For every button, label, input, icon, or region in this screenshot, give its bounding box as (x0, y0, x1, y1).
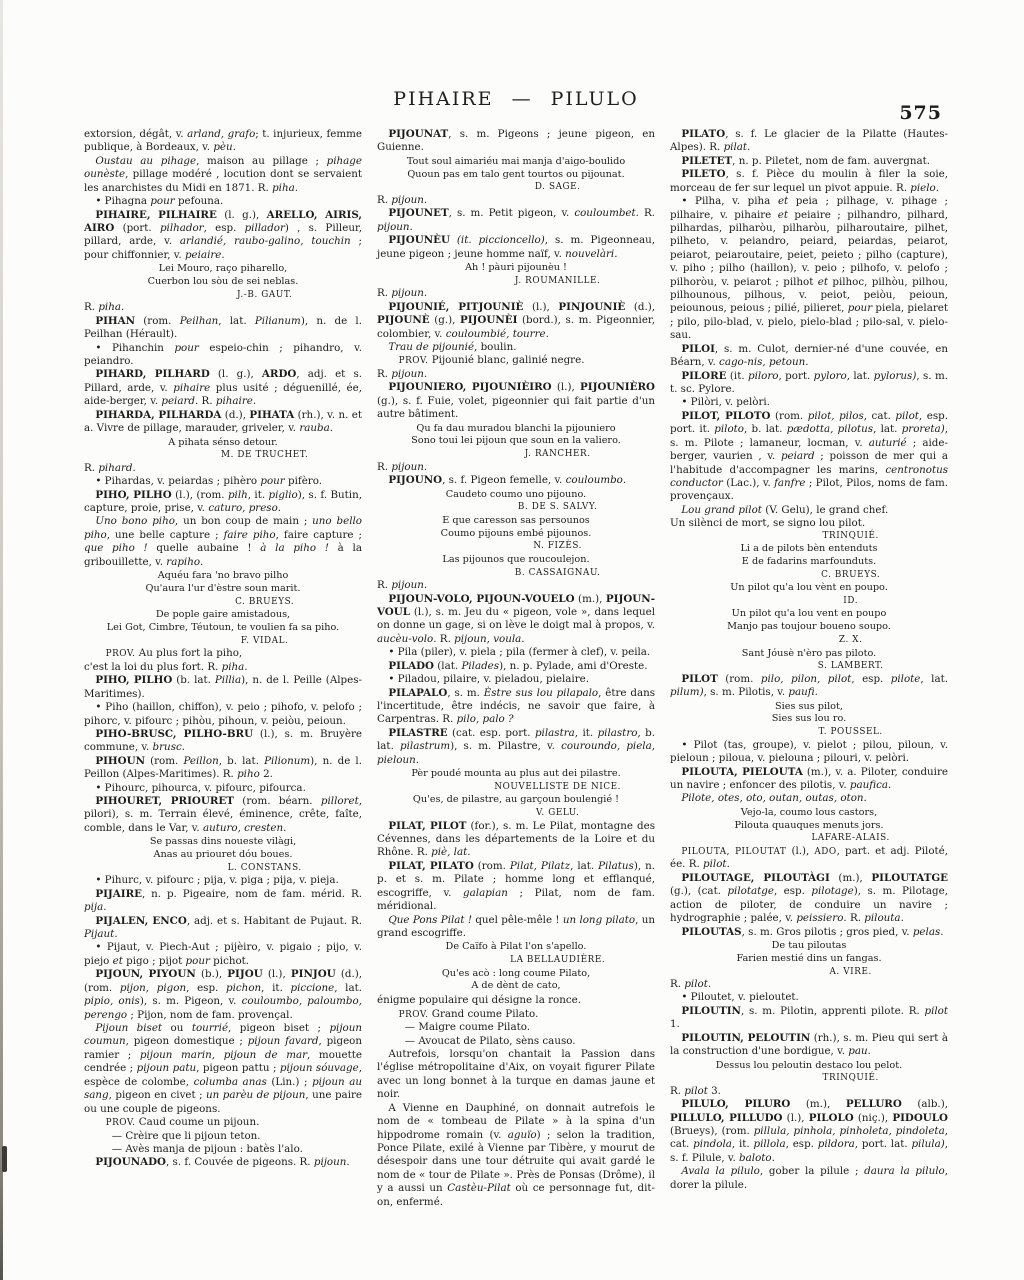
verse-line: Vejo-la, coumo lous castors, (670, 807, 948, 820)
dictionary-entry: PIHOURET, PRIOURET (rom. béarn. pilloret… (84, 795, 362, 835)
continuation-paragraph: R. pilot. (670, 978, 948, 991)
verse-line: Pèr poudé mounta au plus aut dei pilastr… (377, 768, 655, 781)
verse-line: PROV. Pijounié blanc, galinié negre. (377, 354, 655, 368)
citation-author: B. CASSAIGNAU. (377, 568, 655, 579)
continuation-paragraph: énigme populaire qui désigne la ronce. (377, 994, 655, 1007)
cross-reference: • Pihardas, v. peiardas ; pihèro pour pi… (84, 475, 362, 488)
page-header: PIHAIRE — PILULO 575 (84, 88, 948, 128)
citation-author: LA BELLAUDIÈRE. (377, 955, 655, 966)
continuation-paragraph: R. pijoun. (377, 287, 655, 300)
citation-author: V. GELU. (377, 808, 655, 819)
verse-quote: Vejo-la, coumo lous castors,Pilouta quau… (670, 807, 948, 833)
citation-author: S. LAMBERT. (670, 661, 948, 672)
cross-reference: • Piho (haillon, chiffon), v. peio ; pih… (84, 701, 362, 728)
citation-author: LAFARE-ALAIS. (670, 833, 948, 844)
verse-line: Ah ! pàuri pijounèu ! (377, 262, 655, 275)
dictionary-entry: PILASTRE (cat. esp. port. pilastra, it. … (377, 727, 655, 767)
cross-reference: • Pihanchin pour espeio-chin ; pihandro,… (84, 342, 362, 369)
verse-line: E de fadarins marfounduts. (670, 556, 948, 569)
cross-reference: • Pilha, v. piha et peia ; pilhage, v. p… (670, 195, 948, 343)
verse-quote: Un pilot qu'a lou vènt en poupo. (670, 582, 948, 595)
citation-author: J.-B. GAUT. (84, 290, 362, 301)
verse-line: PROV. Grand coume Pilato. (377, 1008, 655, 1022)
dictionary-entry: Avala la pilulo, gober la pilule ; daura… (670, 1165, 948, 1192)
continuation-paragraph: R. pijoun. (377, 368, 655, 381)
dictionary-entry: PIHO, PILHO (l.), (rom. pilh, it. piglio… (84, 489, 362, 516)
dictionary-entry: PIJOUN, PIYOUN (b.), PIJOU (l.), PINJOU … (84, 968, 362, 1022)
verse-line: Se passas dins noueste vilàgi, (84, 836, 362, 849)
dictionary-entry: PILADO (lat. Pilades), n. p. Pylade, ami… (377, 660, 655, 673)
verse-line: Qu'aura l'ur d'èstre soun marit. (84, 583, 362, 596)
cross-reference: • Pihagna pour pefouna. (84, 195, 362, 208)
verse-line: Lei Mouro, raço piharello, (84, 263, 362, 276)
dictionary-entry: PIJOUNIERO, PIJOUNIÈIRO (l.), PIJOUNIÈRO… (377, 381, 655, 421)
continuation-paragraph: R. pijoun. (377, 579, 655, 592)
verse-line: PROV. Au plus fort la piho, (84, 647, 362, 661)
citation-author: B. DE S. SALVY. (377, 502, 655, 513)
cross-reference: • Pihurc, v. pifourc ; pija, v. piga ; p… (84, 874, 362, 887)
citation-author: L. CONSTANS. (84, 863, 362, 874)
verse-line: Farien mestié dins un fangas. (670, 953, 948, 966)
dictionary-entry: Autrefois, lorsqu'on chantait la Passion… (377, 1048, 655, 1102)
dictionary-entry: PILATO, s. f. Le glacier de la Pilatte (… (670, 128, 948, 155)
verse-line: A de dènt de cato, (377, 980, 655, 993)
verse-quote: E que caresson sas persounosCoumo pijoun… (377, 515, 655, 541)
dictionary-entry: PIJOUNET, s. m. Petit pigeon, v. couloum… (377, 207, 655, 234)
dictionary-entry: PIHOUN (rom. Peillon, b. lat. Pilionum),… (84, 755, 362, 782)
verse-quote: Pèr poudé mounta au plus aut dei pilastr… (377, 768, 655, 781)
cross-reference: • Pilòri, v. pelòri. (670, 396, 948, 409)
citation-author: Z. X. (670, 635, 948, 646)
citation-author: J. ROUMANILLE. (377, 276, 655, 287)
verse-line: Sies sus lou ro. (670, 713, 948, 726)
dictionary-entry: PILOT (rom. pilo, pilon, pilot, esp. pil… (670, 673, 948, 700)
continuation-paragraph: R. pihard. (84, 462, 362, 475)
verse-line: Tout soul aimariéu mai manja d'aigo-boul… (377, 156, 655, 169)
verse-line: Un pilot qu'a lou vènt en poupo. (670, 582, 948, 595)
verse-quote: Qu'es, de pilastre, au garçoun boulengié… (377, 794, 655, 807)
dictionary-entry: PILOUTA, PIELOUTA (m.), v. a. Piloter, c… (670, 766, 948, 793)
dictionary-entry: PILETET, n. p. Piletet, nom de fam. auve… (670, 155, 948, 168)
dictionary-entry: PILAT, PILATO (rom. Pilat, Pilatz, lat. … (377, 860, 655, 914)
dictionary-entry: Uno bono piho, un bon coup de main ; uno… (84, 515, 362, 569)
verse-quote: De pople gaire amistadous,Lei Got, Cimbr… (84, 609, 362, 635)
dictionary-entry: Pilote, otes, oto, outan, outas, oton. (670, 792, 948, 805)
citation-author: N. FIZÈS. (377, 541, 655, 552)
text-column: PILATO, s. f. Le glacier de la Pilatte (… (670, 128, 948, 1209)
running-title: PIHAIRE — PILULO (84, 88, 948, 110)
verse-line: Lei Got, Cimbre, Téutoun, te voulien fa … (84, 622, 362, 635)
verse-line: Qu fa dau muradou blanchi la pijouniero (377, 423, 655, 436)
dictionary-entry: PIJOUN-VOLO, PIJOUN-VOUELO (m.), PIJOUN-… (377, 593, 655, 647)
dictionary-entry: PIHAN (rom. Peilhan, lat. Pilianum), n. … (84, 315, 362, 342)
text-column: extorsion, dégât, v. arland, grafo; t. i… (84, 128, 362, 1209)
page-number: 575 (899, 102, 942, 124)
dictionary-entry: PIHARD, PILHARD (l. g.), ARDO, adj. et s… (84, 368, 362, 408)
continuation-paragraph: R. pilot 3. (670, 1085, 948, 1098)
verse-quote: Ah ! pàuri pijounèu ! (377, 262, 655, 275)
verse-quote: Tout soul aimariéu mai manja d'aigo-boul… (377, 156, 655, 182)
continuation-paragraph: Un silènci de mort, se signo lou pilot. (670, 517, 948, 530)
verse-quote: Qu fa dau muradou blanchi la pijounieroS… (377, 423, 655, 449)
citation-author: D. SAGE. (377, 182, 655, 193)
verse-line: De Caïfo à Pilat l'on s'apello. (377, 941, 655, 954)
verse-line: Las pijounos que roucoulejon. (377, 554, 655, 567)
verse-line: De tau piloutas (670, 940, 948, 953)
citation-author: C. BRUEYS. (670, 570, 948, 581)
verse-line: Qu'es, de pilastre, au garçoun boulengié… (377, 794, 655, 807)
citation-author: J. RANCHER. (377, 449, 655, 460)
dictionary-entry: PILOUTIN, PELOUTIN (rh.), s. m. Pieu qui… (670, 1032, 948, 1059)
dictionary-entry: PIJAIRE, n. p. Pigeaire, nom de fam. mér… (84, 888, 362, 915)
dictionary-entry: Trau de pijounié, boulin. (377, 341, 655, 354)
dictionary-entry: PILAPALO, s. m. Èstre sus lou pilapalo, … (377, 687, 655, 727)
verse-quote: De tau piloutasFarien mestié dins un fan… (670, 940, 948, 966)
continuation-paragraph: R. pijoun. (377, 461, 655, 474)
dictionary-entry: PIJALEN, ENCO, adj. et s. Habitant de Pu… (84, 915, 362, 942)
verse-line: Cuerbon lou sòu de sei neblas. (84, 276, 362, 289)
dictionary-entry: PILOUTA, PILOUTAT (l.), ADO, part. et ad… (670, 845, 948, 872)
verse-line: — Crèire que li pijoun teton. (84, 1130, 362, 1143)
dictionary-entry: PIJOUNÈU (it. piccioncello), s. m. Pigeo… (377, 234, 655, 261)
verse-quote: Sies sus pilot,Sies sus lou ro. (670, 701, 948, 727)
citation-author: ID. (670, 596, 948, 607)
dictionary-entry: PIJOUNIÉ, PITJOUNIÈ (l.), PINJOUNIÈ (d.)… (377, 301, 655, 341)
verse-quote: Un pilot qu'a lou vent en poupoManjo pas… (670, 608, 948, 634)
verse-line: — Avès manja de pijoun : batès l'alo. (84, 1143, 362, 1156)
dictionary-entry: PILOUTAS, s. m. Gros pilotis ; gros pied… (670, 926, 948, 939)
dictionary-entry: PILAT, PILOT (for.), s. m. Le Pilat, mon… (377, 820, 655, 860)
verse-line: Sant Jóusè n'èro pas piloto. (670, 648, 948, 661)
citation-author: T. POUSSEL. (670, 727, 948, 738)
citation-author: C. BRUEYS. (84, 597, 362, 608)
citation-author: F. VIDAL. (84, 636, 362, 647)
verse-line: Qu'es acò : long coume Pilato, (377, 968, 655, 981)
columns: extorsion, dégât, v. arland, grafo; t. i… (84, 128, 948, 1209)
continuation-paragraph: R. pijoun. (377, 194, 655, 207)
dictionary-entry: PILULO, PILURO (m.), PELLURO (alb.), PIL… (670, 1098, 948, 1165)
dictionary-entry: PILOT, PILOTO (rom. pilot, pilos, cat. p… (670, 410, 948, 504)
proverb: PROV. Grand coume Pilato.— Maigre coume … (377, 1008, 655, 1048)
verse-line: Li a de pilots bèn entenduts (670, 543, 948, 556)
verse-line: Anas au priouret dóu boues. (84, 849, 362, 862)
verse-line: — Avoucat de Pilato, sèns causo. (377, 1035, 655, 1048)
verse-line: Sies sus pilot, (670, 701, 948, 714)
verse-quote: Dessus lou peloutin destaco lou pelot. (670, 1060, 948, 1073)
dictionary-entry: PIJOUNADO, s. f. Couvée de pigeons. R. p… (84, 1156, 362, 1169)
dictionary-entry: PIJOUNAT, s. m. Pigeons ; jeune pigeon, … (377, 128, 655, 155)
citation-author: TRINQUIÉ. (670, 1073, 948, 1084)
cross-reference: • Pijaut, v. Piech-Aut ; pijèiro, v. pig… (84, 941, 362, 968)
proverb: PROV. Caud coume un pijoun.— Crèire que … (84, 1116, 362, 1156)
cross-reference: • Pilot (tas, groupe), v. pielot ; pilou… (670, 739, 948, 766)
dictionary-entry: PIHAIRE, PILHAIRE (l. g.), ARELLO, AIRIS… (84, 209, 362, 263)
verse-quote: Las pijounos que roucoulejon. (377, 554, 655, 567)
continuation-paragraph: R. piha. (84, 301, 362, 314)
verse-line: Un pilot qu'a lou vent en poupo (670, 608, 948, 621)
citation-author: NOUVELLISTE DE NICE. (377, 782, 655, 793)
citation-author: A. VIRE. (670, 967, 948, 978)
verse-quote: Sant Jóusè n'èro pas piloto. (670, 648, 948, 661)
verse-quote: Li a de pilots bèn entendutsE de fadarin… (670, 543, 948, 569)
dictionary-entry: PIHO, PILHO (b. lat. Pillia), n. de l. P… (84, 674, 362, 701)
dictionary-entry: Pijoun biset ou tourrié, pigeon biset ; … (84, 1022, 362, 1116)
dictionary-entry: A Vienne en Dauphiné, on donnait autrefo… (377, 1102, 655, 1209)
dictionary-page: PIHAIRE — PILULO 575 extorsion, dégât, v… (0, 0, 1024, 1280)
verse-line: Coumo pijouns embé pijounos. (377, 528, 655, 541)
dictionary-entry: PILOUTAGE, PILOUTÀGI (m.), PILOUTATGE (g… (670, 872, 948, 926)
verse-quote: Qu'es acò : long coume Pilato,A de dènt … (377, 968, 655, 994)
proverb: PROV. Au plus fort la piho, (84, 647, 362, 661)
cross-reference: • Pila (piler), v. piela ; pila (fermer … (377, 646, 655, 659)
citation-author: M. DE TRUCHET. (84, 450, 362, 461)
verse-line: Quoun pas em talo gent tourtos ou pijoun… (377, 169, 655, 182)
verse-line: Sono toui lei pijoun que soun en la vali… (377, 435, 655, 448)
dictionary-entry: PILOI, s. m. Culot, dernier-né d'une cou… (670, 343, 948, 370)
dictionary-entry: PILETO, s. f. Pièce du moulin à filer la… (670, 168, 948, 195)
dictionary-entry: PIHARDA, PILHARDA (d.), PIHATA (rh.), v.… (84, 409, 362, 436)
verse-line: De pople gaire amistadous, (84, 609, 362, 622)
dictionary-entry: Oustau au pihage, maison au pillage ; pi… (84, 155, 362, 195)
dictionary-entry: PILOUTIN, s. m. Pilotin, apprenti pilote… (670, 1005, 948, 1032)
dictionary-entry: PIHO-BRUSC, PILHO-BRU (l.), s. m. Bruyèr… (84, 728, 362, 755)
verse-quote: De Caïfo à Pilat l'on s'apello. (377, 941, 655, 954)
cross-reference: • Piladou, pilaire, v. pieladou, pielair… (377, 673, 655, 686)
dictionary-entry: PILORE (it. piloro, port. pyloro, lat. p… (670, 370, 948, 397)
verse-quote: Lei Mouro, raço piharello,Cuerbon lou sò… (84, 263, 362, 289)
cross-reference: • Pihourc, pihourca, v. pifourc, pifourc… (84, 782, 362, 795)
verse-line: Pilouta quauques menuts jors. (670, 820, 948, 833)
verse-line: Caudeto coumo uno pijouno. (377, 489, 655, 502)
verse-line: A pihata sénso detour. (84, 437, 362, 450)
text-column: PIJOUNAT, s. m. Pigeons ; jeune pigeon, … (377, 128, 655, 1209)
verse-quote: Se passas dins noueste vilàgi,Anas au pr… (84, 836, 362, 862)
verse-line: E que caresson sas persounos (377, 515, 655, 528)
verse-quote: A pihata sénso detour. (84, 437, 362, 450)
citation-author: TRINQUIÉ. (670, 531, 948, 542)
cross-reference: • Piloutet, v. pieloutet. (670, 991, 948, 1004)
continuation-paragraph: c'est la loi du plus fort. R. piha. (84, 661, 362, 674)
continuation-paragraph: extorsion, dégât, v. arland, grafo; t. i… (84, 128, 362, 155)
verse-line: Aquéu fara 'no bravo pilho (84, 570, 362, 583)
dictionary-entry: Lou grand pilot (V. Gelu), le grand chef… (670, 504, 948, 517)
dictionary-entry: Que Pons Pilat ! quel pêle-mêle ! un lon… (377, 914, 655, 941)
verse-quote: Aquéu fara 'no bravo pilhoQu'aura l'ur d… (84, 570, 362, 596)
verse-line: — Maigre coume Pilato. (377, 1021, 655, 1034)
dictionary-entry: PIJOUNO, s. f. Pigeon femelle, v. coulou… (377, 474, 655, 487)
verse-line: Manjo pas toujour boueno soupo. (670, 621, 948, 634)
verse-quote: Caudeto coumo uno pijouno. (377, 489, 655, 502)
verse-line: Dessus lou peloutin destaco lou pelot. (670, 1060, 948, 1073)
verse-line: PROV. Caud coume un pijoun. (84, 1116, 362, 1130)
proverb: PROV. Pijounié blanc, galinié negre. (377, 354, 655, 368)
